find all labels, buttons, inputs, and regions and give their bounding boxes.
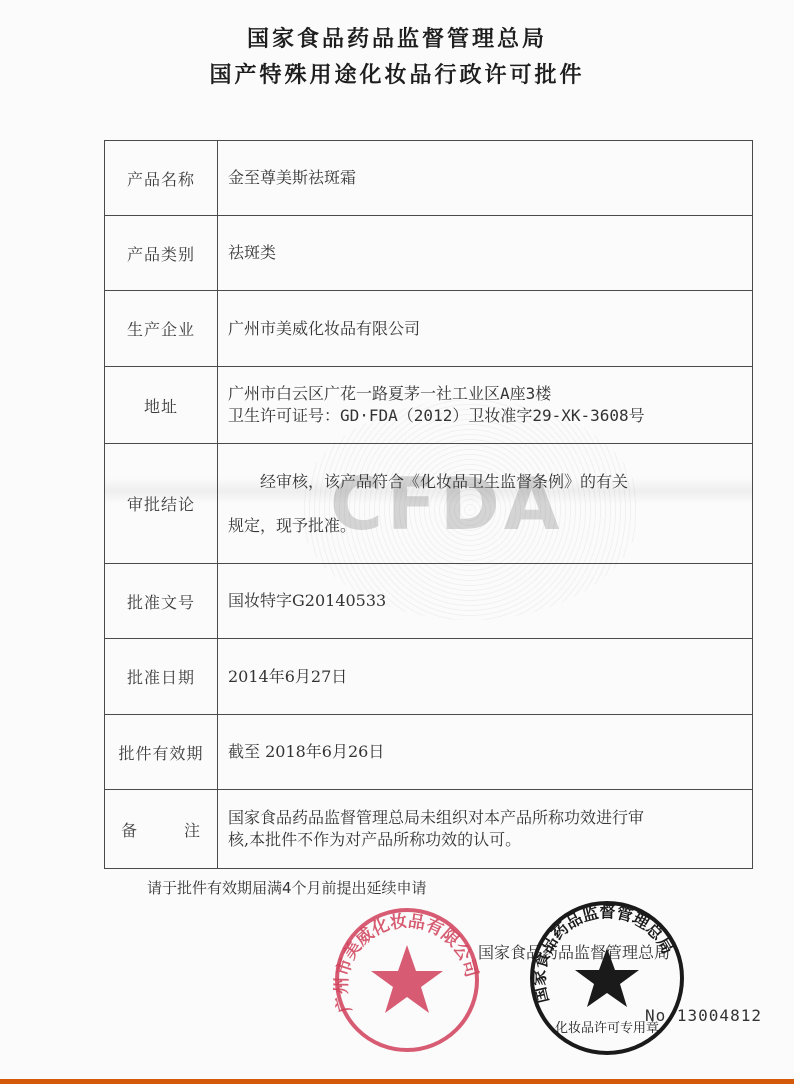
label-manufacturer: 生产企业 xyxy=(105,291,218,367)
table-row-address: 地址 广州市白云区广花一路夏茅一社工业区A座3楼 卫生许可证号：GD·FDA（2… xyxy=(105,367,753,444)
table-row-validity-period: 批件有效期 截至 2018年6月26日 xyxy=(105,715,753,790)
renewal-notice: 请于批件有效期届满4个月前提出延续申请 xyxy=(147,877,427,898)
serial-number: No 13004812 xyxy=(645,1006,762,1025)
bottom-accent-bar xyxy=(0,1079,794,1084)
table-row-approval-conclusion: 审批结论 经审核，该产品符合《化妆品卫生监督条例》的有关 规定，现予批准。 xyxy=(105,444,753,564)
value-approval-number: 国妆特字G20140533 xyxy=(218,564,753,639)
value-validity-period: 截至 2018年6月26日 xyxy=(218,715,753,790)
table-row-approval-number: 批准文号 国妆特字G20140533 xyxy=(105,564,753,639)
table-row-approval-date: 批准日期 2014年6月27日 xyxy=(105,639,753,715)
document-title: 国产特殊用途化妆品行政许可批件 xyxy=(0,58,794,89)
table-row-product-name: 产品名称 金至尊美斯祛斑霜 xyxy=(105,141,753,216)
company-seal-icon: 广州市美威化妆品有限公司 xyxy=(332,905,482,1055)
value-product-category: 祛斑类 xyxy=(218,216,753,291)
label-validity-period: 批件有效期 xyxy=(105,715,218,790)
value-approval-date: 2014年6月27日 xyxy=(218,639,753,715)
remarks-line-1: 国家食品药品监督管理总局未组织对本产品所称功效进行审 xyxy=(228,807,752,829)
table-row-remarks: 备 注 国家食品药品监督管理总局未组织对本产品所称功效进行审 核,本批件不作为对… xyxy=(105,790,753,869)
remarks-line-2: 核,本批件不作为对产品所称功效的认可。 xyxy=(228,829,752,851)
conclusion-line-2: 规定，现予批准。 xyxy=(228,504,752,548)
label-approval-number: 批准文号 xyxy=(105,564,218,639)
value-address: 广州市白云区广花一路夏茅一社工业区A座3楼 卫生许可证号：GD·FDA（2012… xyxy=(218,367,753,444)
svg-text:化妆品许可专用章: 化妆品许可专用章 xyxy=(555,1020,659,1036)
value-approval-conclusion: 经审核，该产品符合《化妆品卫生监督条例》的有关 规定，现予批准。 xyxy=(218,444,753,564)
table-row-product-category: 产品类别 祛斑类 xyxy=(105,216,753,291)
hygiene-license-line: 卫生许可证号：GD·FDA（2012）卫妆准字29-XK-3608号 xyxy=(228,405,752,427)
conclusion-line-1: 经审核，该产品符合《化妆品卫生监督条例》的有关 xyxy=(228,460,752,504)
label-approval-date: 批准日期 xyxy=(105,639,218,715)
address-line: 广州市白云区广花一路夏茅一社工业区A座3楼 xyxy=(228,383,752,405)
value-manufacturer: 广州市美威化妆品有限公司 xyxy=(218,291,753,367)
agency-title: 国家食品药品监督管理总局 xyxy=(0,22,794,53)
label-remarks: 备 注 xyxy=(105,790,218,869)
table-row-manufacturer: 生产企业 广州市美威化妆品有限公司 xyxy=(105,291,753,367)
label-product-category: 产品类别 xyxy=(105,216,218,291)
remarks-label-part-1: 备 xyxy=(121,818,138,841)
remarks-label-part-2: 注 xyxy=(184,818,201,841)
label-product-name: 产品名称 xyxy=(105,141,218,216)
label-address: 地址 xyxy=(105,367,218,444)
agency-seal-icon: 国家食品药品监督管理总局 化妆品许可专用章 xyxy=(527,898,687,1058)
value-remarks: 国家食品药品监督管理总局未组织对本产品所称功效进行审 核,本批件不作为对产品所称… xyxy=(218,790,753,869)
approval-form-table: 产品名称 金至尊美斯祛斑霜 产品类别 祛斑类 生产企业 广州市美威化妆品有限公司… xyxy=(104,140,753,869)
label-approval-conclusion: 审批结论 xyxy=(105,444,218,564)
value-product-name: 金至尊美斯祛斑霜 xyxy=(218,141,753,216)
